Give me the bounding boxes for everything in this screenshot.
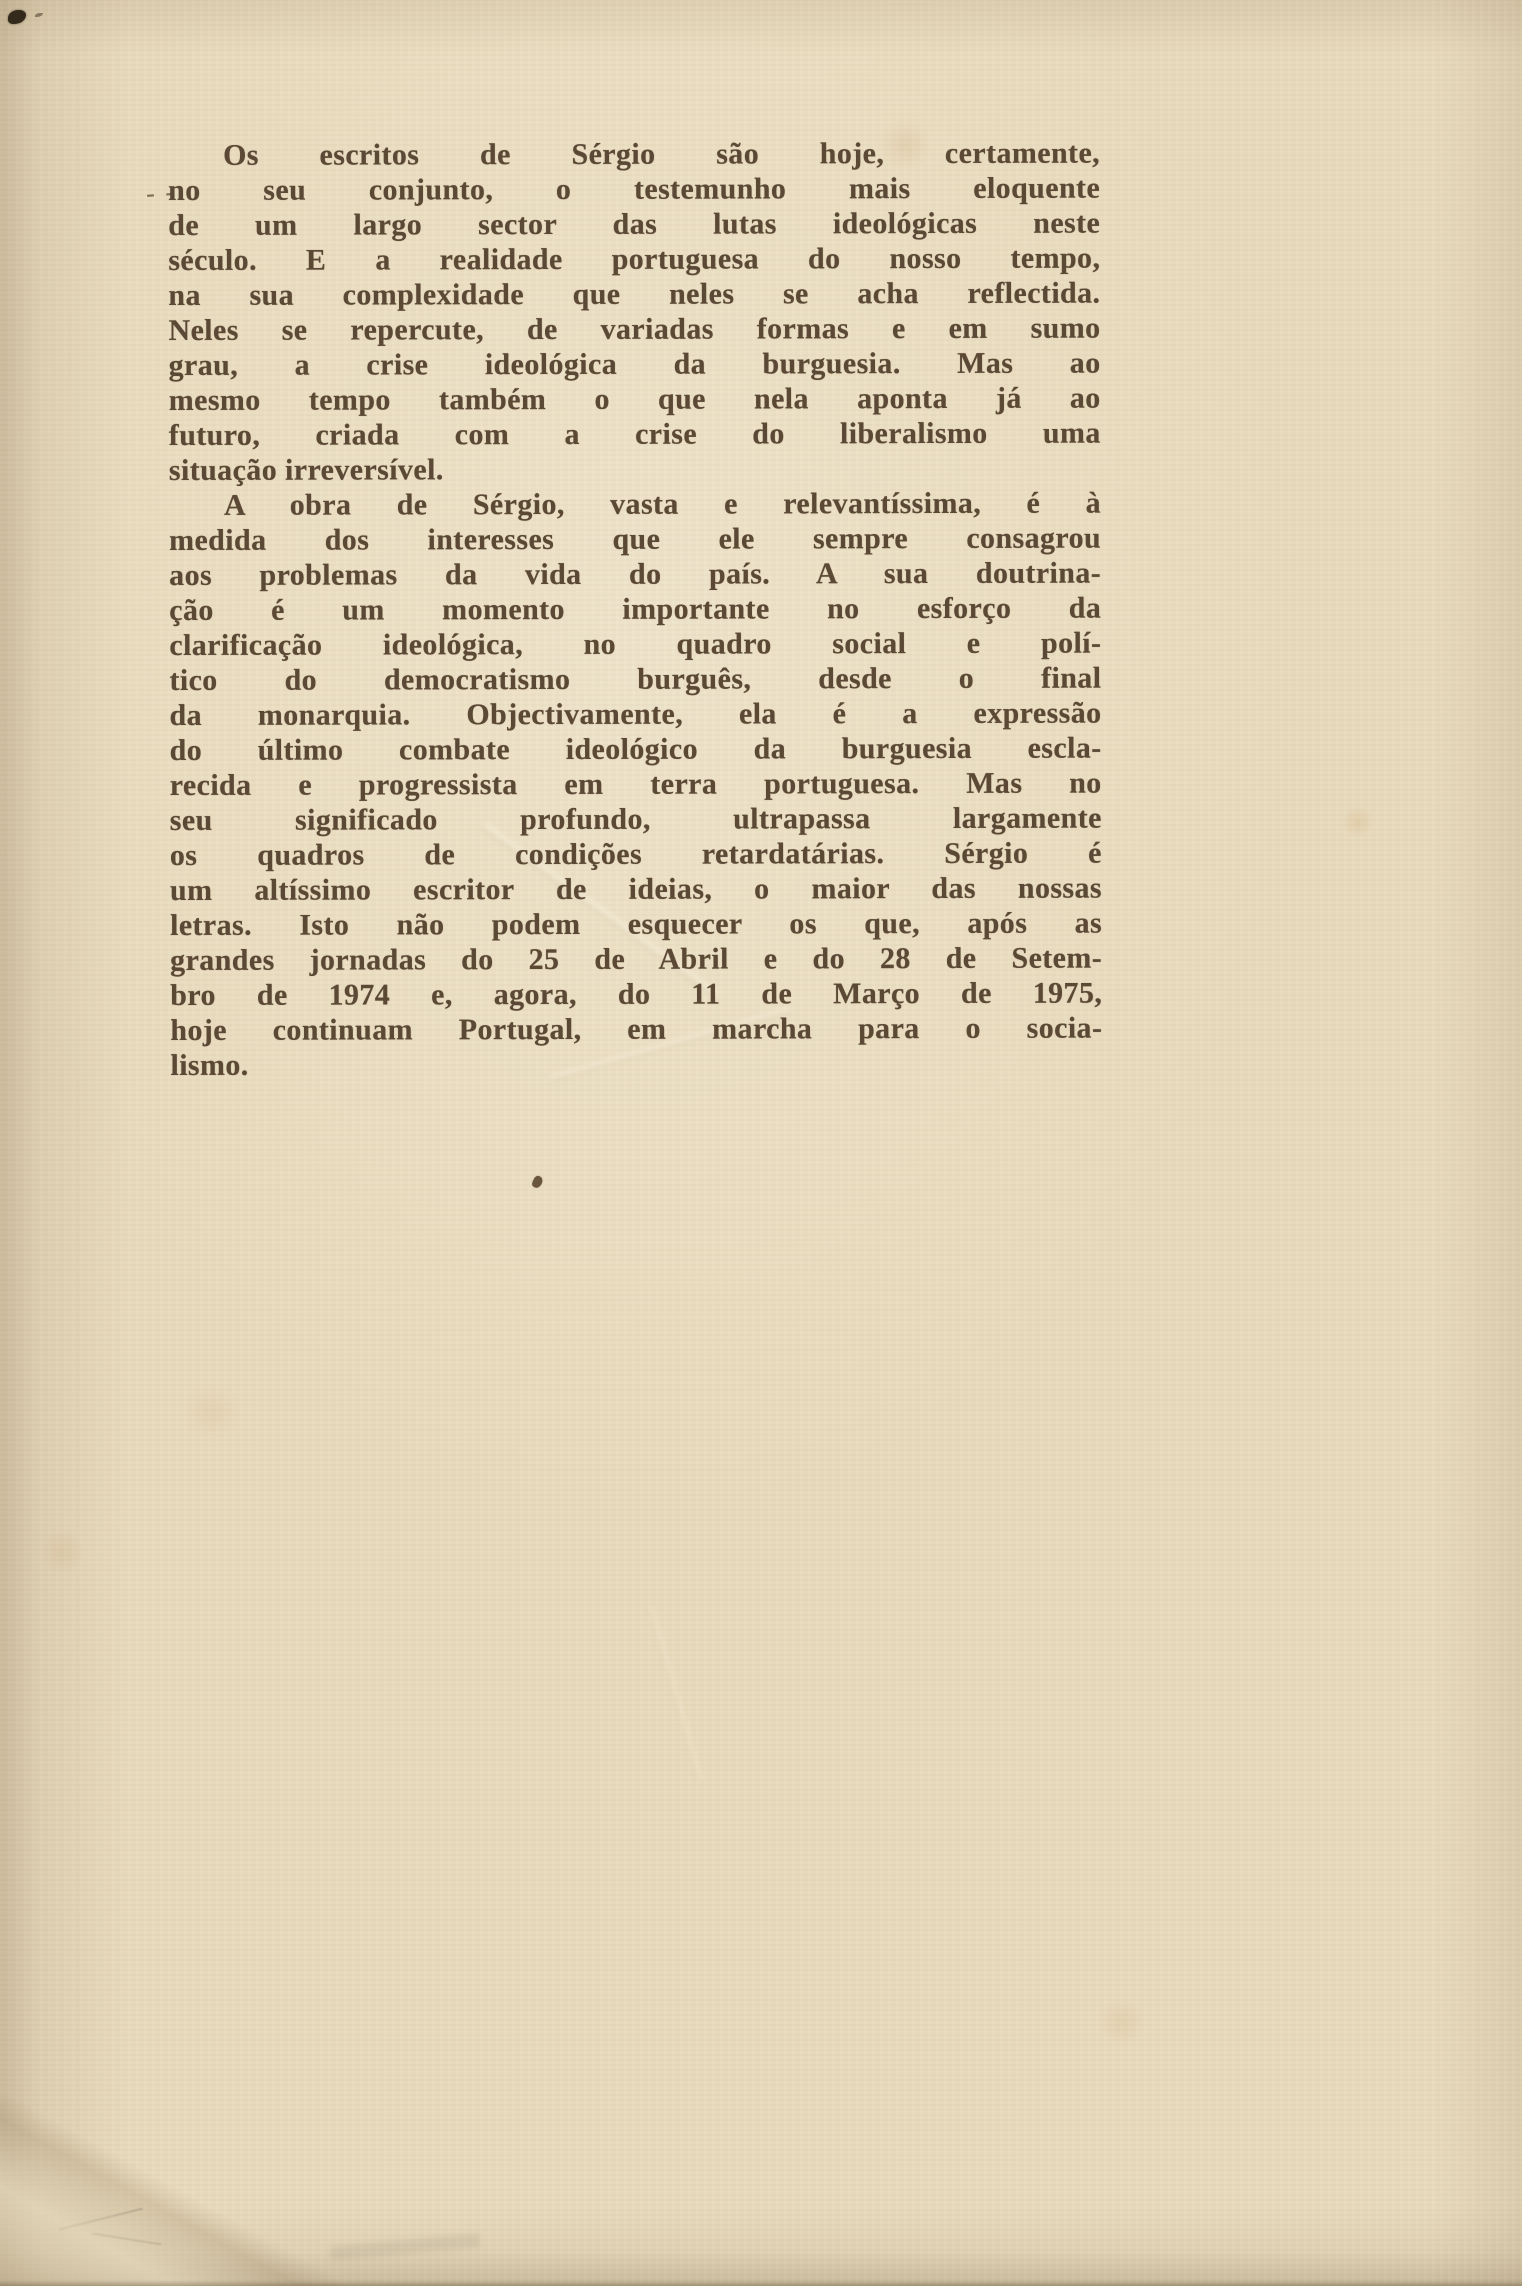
text-line: recida e progressista em terra portugues… [170,766,1102,803]
page-corner-curl [0,2096,340,2286]
paper-crease [646,1607,704,1783]
text-line: século. E a realidade portuguesa do noss… [168,241,1100,278]
text-line: os quadros de condições retardatárias. S… [170,836,1102,873]
text-line: na sua complexidade que neles se acha re… [168,276,1100,313]
page-bottom-edge-shadow [0,2280,1522,2286]
text-line: um altíssimo escritor de ideias, o maior… [170,871,1102,908]
text-line: do último combate ideológico da burguesi… [170,731,1102,768]
text-line: clarificação ideológica, no quadro socia… [169,626,1101,663]
text-line: no seu conjunto, o testemunho mais eloqu… [168,171,1100,208]
pencil-scribble [59,2208,143,2231]
text-line: de um largo sector das lutas ideológicas… [168,206,1100,243]
text-line: mesmo tempo também o que nela aponta já … [169,381,1101,418]
scanned-book-page: - - Os escritos de Sérgio são hoje, cert… [0,0,1522,2286]
paragraph: A obra de Sérgio, vasta e relevantíssima… [169,486,1103,1083]
paragraph: Os escritos de Sérgio são hoje, certamen… [168,136,1101,488]
text-block: Os escritos de Sérgio são hoje, certamen… [168,136,1102,1083]
ink-blot-mark [8,10,26,24]
text-line: bro de 1974 e, agora, do 11 de Março de … [170,976,1102,1013]
pencil-scribble [92,2233,161,2246]
text-line: seu significado profundo, ultrapassa lar… [170,801,1102,838]
text-line: letras. Isto não podem esquecer os que, … [170,906,1102,943]
text-line: da monarquia. Objectivamente, ela é a ex… [169,696,1101,733]
text-line: grandes jornadas do 25 de Abril e do 28 … [170,941,1102,978]
pencil-smudge [330,2233,481,2260]
text-line: A obra de Sérgio, vasta e relevantíssima… [169,486,1101,523]
paper-speck [531,1175,544,1190]
text-line: situação irreversível. [169,451,1101,488]
text-line: Neles se repercute, de variadas formas e… [168,311,1100,348]
text-line: grau, a crise ideológica da burguesia. M… [169,346,1101,383]
text-line: medida dos interesses que ele sempre con… [169,521,1101,558]
text-line: aos problemas da vida do país. A sua dou… [169,556,1101,593]
text-line: lismo. [170,1046,1102,1083]
text-line: ção é um momento importante no esforço d… [169,591,1101,628]
text-line: tico do democratismo burguês, desde o fi… [169,661,1101,698]
text-line: futuro, criada com a crise do liberalism… [169,416,1101,453]
text-line: Os escritos de Sérgio são hoje, certamen… [168,136,1100,173]
text-line: hoje continuam Portugal, em marcha para … [170,1011,1102,1048]
